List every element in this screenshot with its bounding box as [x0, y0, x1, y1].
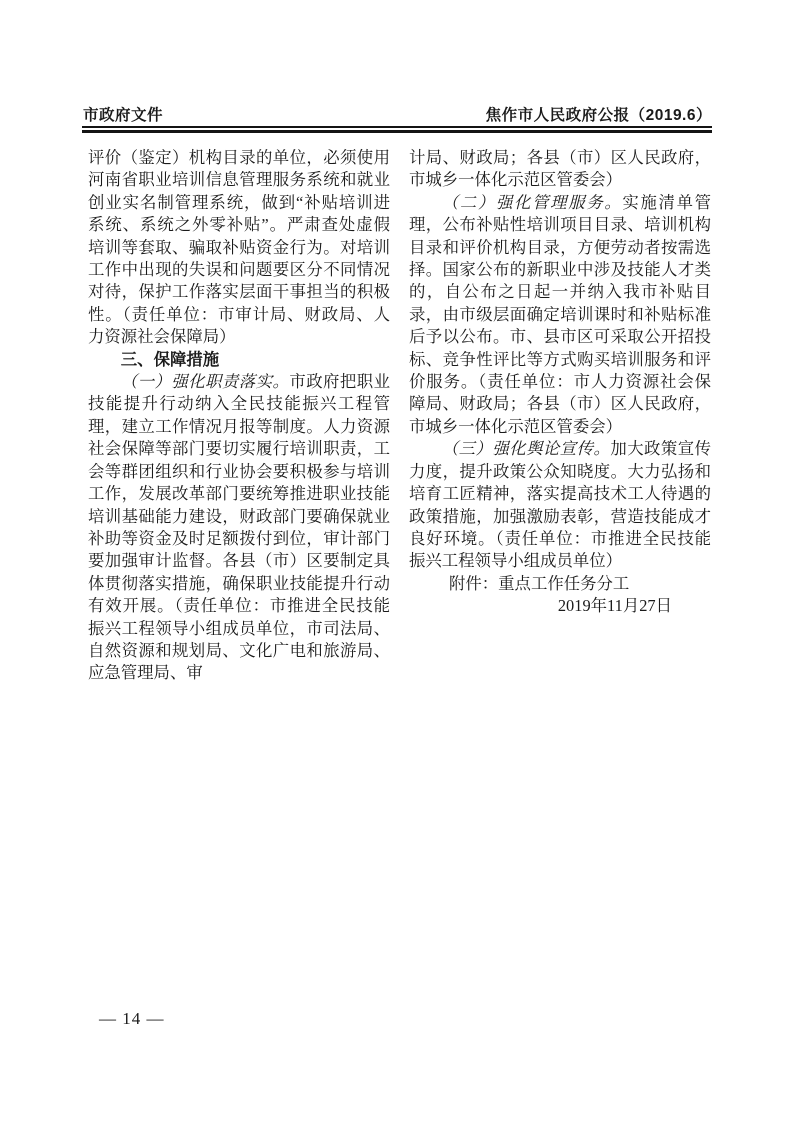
- right-column: 计局、财政局；各县（市）区人民政府，市城乡一体化示范区管委会） （二）强化管理服…: [409, 147, 711, 685]
- paragraph-continuation: 评价（鉴定）机构目录的单位，必须使用河南省职业培训信息管理服务系统和就业创业实名…: [88, 147, 390, 349]
- section-heading: 三、保障措施: [88, 349, 390, 371]
- paragraph-item-2-text: 实施清单管理，公布补贴性培训项目目录、培训机构目录和评价机构目录，方便劳动者按需…: [409, 193, 711, 436]
- paragraph-item-1-lead: （一）强化职责落实。: [121, 372, 290, 391]
- attachment-line: 附件：重点工作任务分工: [409, 573, 711, 595]
- paragraph-item-3: （三）强化舆论宣传。加大政策宣传力度，提升政策公众知晓度。大力弘扬和培育工匠精神…: [409, 438, 711, 572]
- header-doc-type: 市政府文件: [83, 103, 163, 125]
- body-columns: 评价（鉴定）机构目录的单位，必须使用河南省职业培训信息管理服务系统和就业创业实名…: [88, 147, 712, 685]
- paragraph-continuation: 计局、财政局；各县（市）区人民政府，市城乡一体化示范区管委会）: [409, 147, 711, 192]
- date-line: 2019年11月27日: [409, 595, 711, 617]
- paragraph-item-1-text: 市政府把职业技能提升行动纳入全民技能振兴工程管理，建立工作情况月报等制度。人力资…: [88, 372, 390, 682]
- page-number: — 14 —: [99, 1009, 165, 1029]
- gazette-page: 市政府文件 焦作市人民政府公报（2019.6） 评价（鉴定）机构目录的单位，必须…: [0, 0, 793, 1122]
- paragraph-item-1: （一）强化职责落实。市政府把职业技能提升行动纳入全民技能振兴工程管理，建立工作情…: [88, 371, 390, 685]
- paragraph-item-3-lead: （三）强化舆论宣传。: [442, 439, 611, 458]
- header-gazette-title: 焦作市人民政府公报（2019.6）: [486, 103, 712, 125]
- left-column: 评价（鉴定）机构目录的单位，必须使用河南省职业培训信息管理服务系统和就业创业实名…: [88, 147, 390, 685]
- header-divider-thick-line: [82, 130, 712, 133]
- paragraph-item-3-text: 加大政策宣传力度，提升政策公众知晓度。大力弘扬和培育工匠精神，落实提高技术工人待…: [409, 439, 711, 570]
- header-divider: [82, 126, 712, 133]
- paragraph-item-2: （二）强化管理服务。实施清单管理，公布补贴性培训项目目录、培训机构目录和评价机构…: [409, 192, 711, 438]
- paragraph-item-2-lead: （二）强化管理服务。: [442, 193, 623, 212]
- page-header: 市政府文件 焦作市人民政府公报（2019.6）: [83, 103, 712, 125]
